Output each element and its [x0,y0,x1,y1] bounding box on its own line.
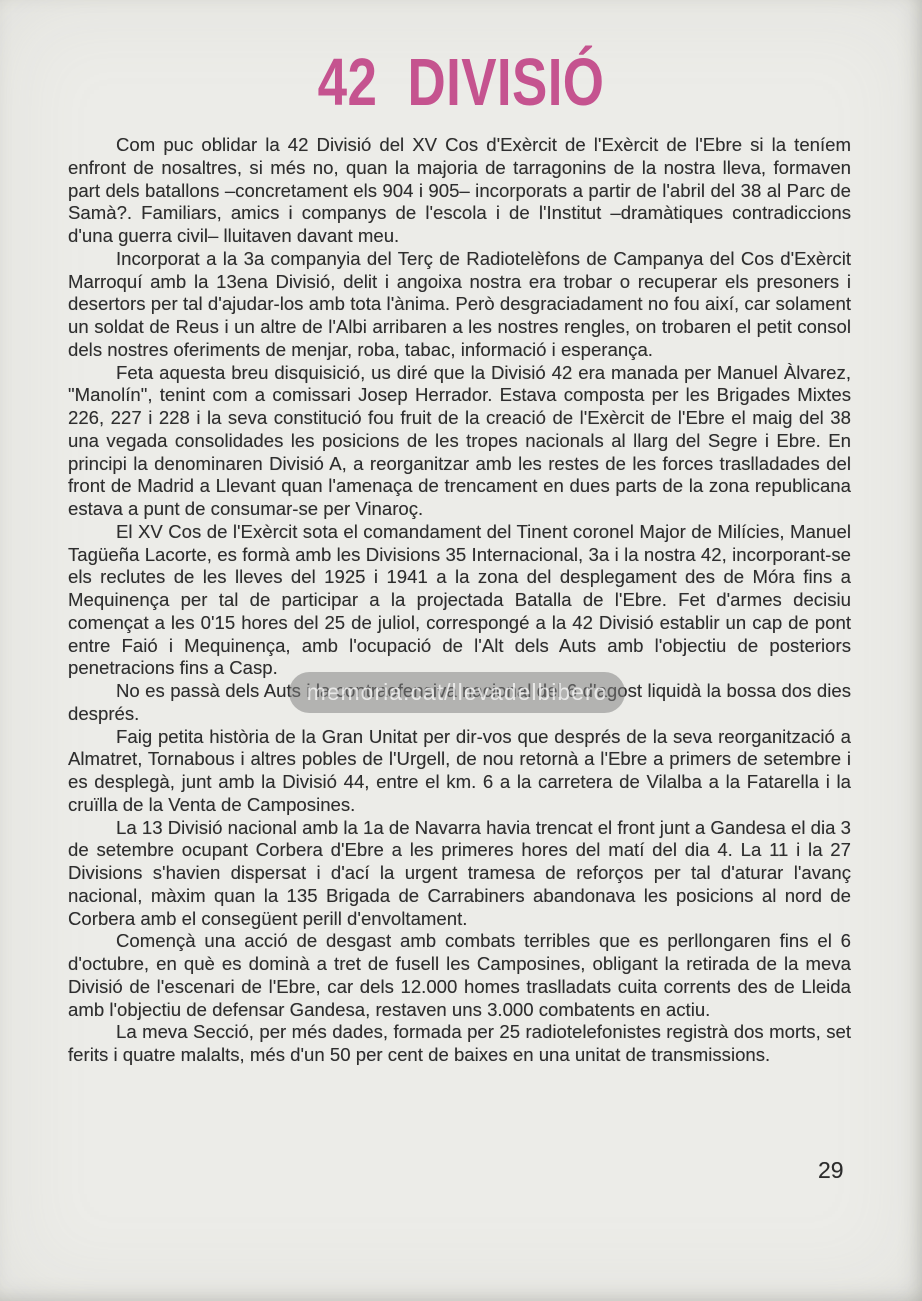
paragraph-9: La meva Secció, per més dades, formada p… [68,1021,851,1067]
page-title: 42 DIVISIÓ [97,49,825,116]
watermark-pill: memoria.cat/llevadelbibero [289,672,625,713]
paragraph-4: El XV Cos de l'Exèrcit sota el comandame… [68,521,851,680]
paragraph-2: Incorporat a la 3a companyia del Terç de… [68,248,851,362]
scanned-page: 42 DIVISIÓ Com puc oblidar la 42 Divisió… [0,0,922,1301]
paragraph-8: Començà una acció de desgast amb combats… [68,930,851,1021]
paragraph-3: Feta aquesta breu disquisició, us diré q… [68,362,851,521]
paragraph-1: Com puc oblidar la 42 Divisió del XV Cos… [68,134,851,248]
body-text: Com puc oblidar la 42 Divisió del XV Cos… [68,134,851,1067]
paragraph-7: La 13 Divisió nacional amb la 1a de Nava… [68,817,851,931]
page-number: 29 [818,1157,844,1184]
paragraph-6: Faig petita història de la Gran Unitat p… [68,726,851,817]
watermark-url-text: memoria.cat/llevadelbibero [307,679,608,706]
